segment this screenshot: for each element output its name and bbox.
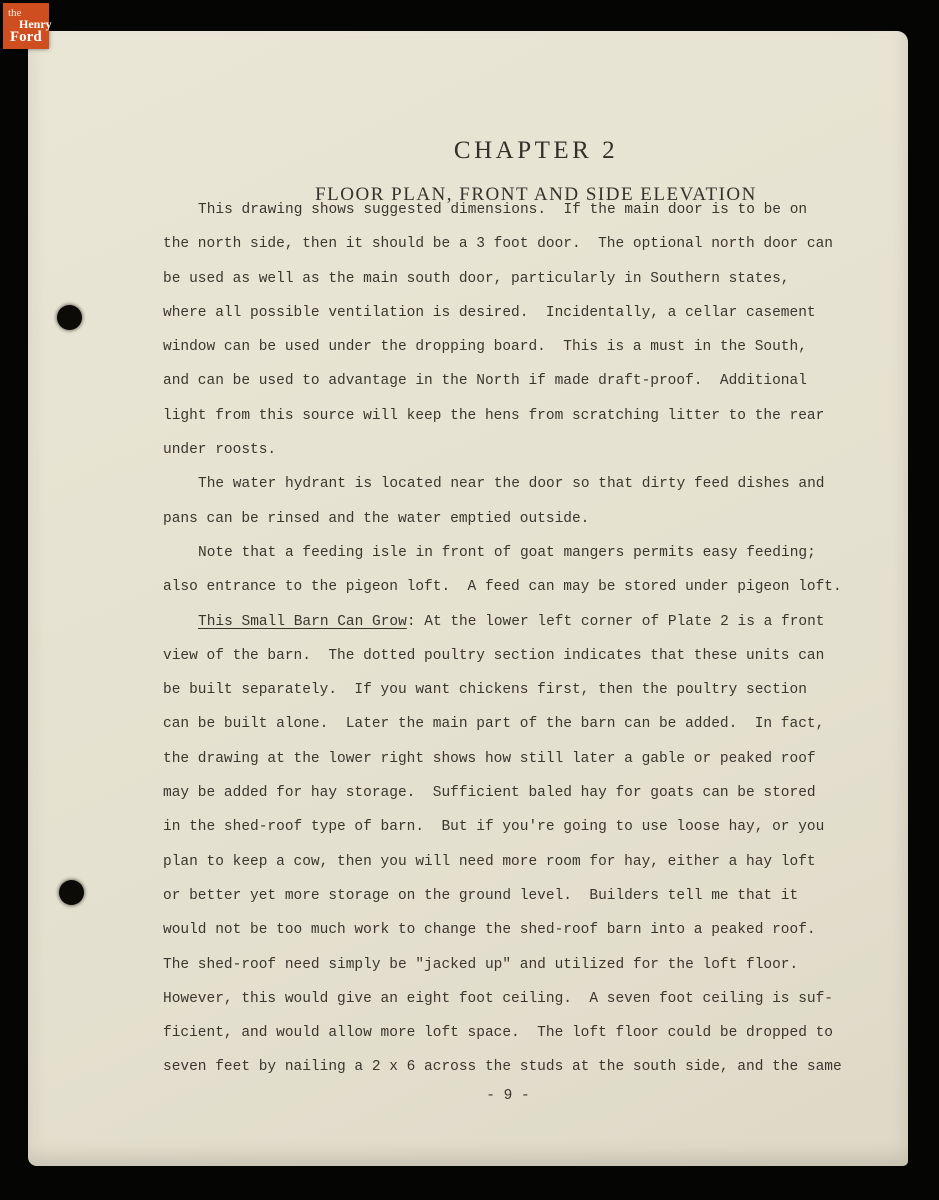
henry-ford-logo: the Henry Ford <box>3 3 49 49</box>
hole-punch-top <box>57 305 82 330</box>
text-line: and can be used to advantage in the Nort… <box>163 364 873 398</box>
text-line: in the shed-roof type of barn. But if yo… <box>163 810 873 844</box>
text-line: may be added for hay storage. Sufficient… <box>163 776 873 810</box>
text-line: seven feet by nailing a 2 x 6 across the… <box>163 1050 873 1084</box>
text-line: Note that a feeding isle in front of goa… <box>163 536 873 570</box>
text-line: the drawing at the lower right shows how… <box>163 742 873 776</box>
text-line: be used as well as the main south door, … <box>163 262 873 296</box>
text-line: where all possible ventilation is desire… <box>163 296 873 330</box>
text-line: view of the barn. The dotted poultry sec… <box>163 639 873 673</box>
text-line: be built separately. If you want chicken… <box>163 673 873 707</box>
hole-punch-bottom <box>59 880 84 905</box>
text-line: under roosts. <box>163 433 873 467</box>
text-line: also entrance to the pigeon loft. A feed… <box>163 570 873 604</box>
text-line: ficient, and would allow more loft space… <box>163 1016 873 1050</box>
text-line: This Small Barn Can Grow: At the lower l… <box>163 605 873 639</box>
text-line: or better yet more storage on the ground… <box>163 879 873 913</box>
chapter-title: CHAPTER 2 <box>191 137 881 165</box>
page-number: - 9 - <box>163 1088 853 1104</box>
body-text: This drawing shows suggested dimensions.… <box>163 193 873 1085</box>
text-line: the north side, then it should be a 3 fo… <box>163 227 873 261</box>
text-line: This drawing shows suggested dimensions.… <box>163 193 873 227</box>
text-line: light from this source will keep the hen… <box>163 399 873 433</box>
text-line: would not be too much work to change the… <box>163 913 873 947</box>
text-line: The water hydrant is located near the do… <box>163 467 873 501</box>
text-line: However, this would give an eight foot c… <box>163 982 873 1016</box>
text-line: can be built alone. Later the main part … <box>163 707 873 741</box>
text-line: plan to keep a cow, then you will need m… <box>163 845 873 879</box>
logo-text-ford: Ford <box>10 29 42 46</box>
text-line: The shed-roof need simply be "jacked up"… <box>163 948 873 982</box>
text-line: pans can be rinsed and the water emptied… <box>163 502 873 536</box>
text-line: window can be used under the dropping bo… <box>163 330 873 364</box>
